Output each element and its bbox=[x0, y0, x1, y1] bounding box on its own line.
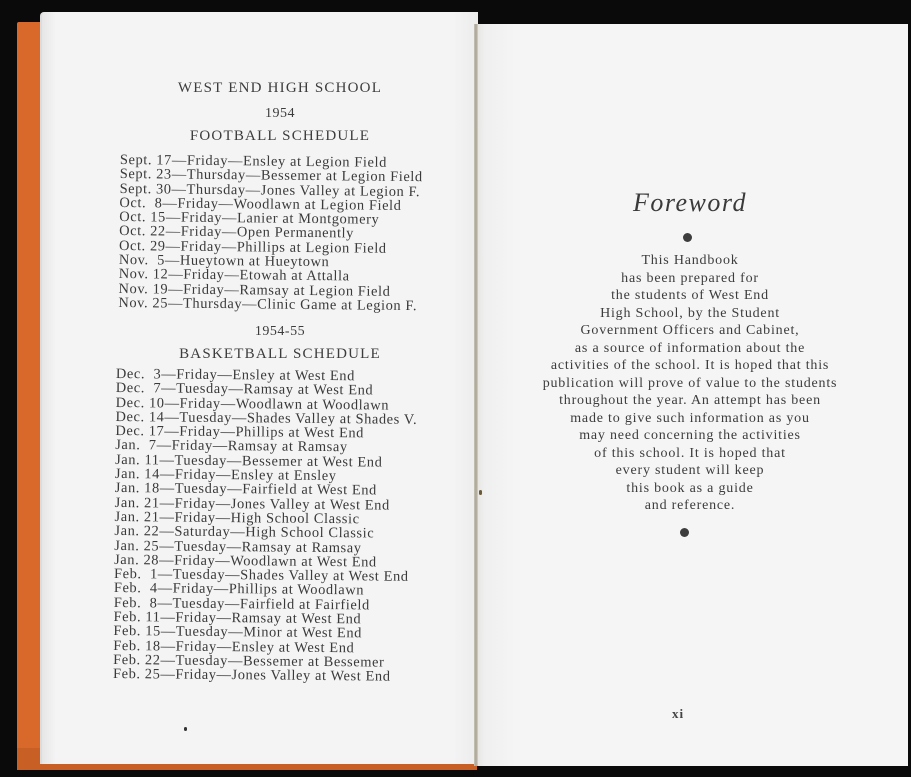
book-gutter bbox=[474, 24, 478, 766]
foreword-line: publication will prove of value to the s… bbox=[520, 375, 860, 393]
football-year: 1954 bbox=[110, 106, 450, 122]
football-game: Nov. 25—Thursday—Clinic Game at Legion F… bbox=[118, 296, 421, 313]
basketball-game: Feb. 25—Friday—Jones Valley at West End bbox=[113, 667, 415, 684]
paper-speck bbox=[479, 490, 482, 495]
foreword-line: High School, by the Student bbox=[520, 305, 860, 323]
foreword-line: and reference. bbox=[520, 497, 860, 515]
bullet-ornament-icon bbox=[680, 528, 689, 537]
foreword-line: throughout the year. An attempt has been bbox=[520, 392, 860, 410]
foreword-line: made to give such information as you bbox=[520, 410, 860, 428]
foreword-line: this book as a guide bbox=[520, 480, 860, 498]
foreword-line: as a source of information about the bbox=[520, 340, 860, 358]
foreword-title: Foreword bbox=[520, 188, 860, 218]
basketball-year: 1954-55 bbox=[110, 324, 450, 340]
foreword-line: the students of West End bbox=[520, 287, 860, 305]
foreword-body: This Handbook has been prepared for the … bbox=[520, 252, 860, 515]
basketball-schedule-list: Dec. 3—Friday—Ensley at West End Dec. 7—… bbox=[113, 367, 418, 684]
foreword-line: This Handbook bbox=[520, 252, 860, 270]
foreword-line: every student will keep bbox=[520, 462, 860, 480]
ink-speck bbox=[184, 727, 187, 731]
foreword-line: activities of the school. It is hoped th… bbox=[520, 357, 860, 375]
foreword-line: may need concerning the activities bbox=[520, 427, 860, 445]
football-schedule-list: Sept. 17—Friday—Ensley at Legion Field S… bbox=[118, 153, 423, 313]
basketball-schedule-title: BASKETBALL SCHEDULE bbox=[110, 346, 450, 363]
foreword-line: has been prepared for bbox=[520, 270, 860, 288]
foreword-line: Government Officers and Cabinet, bbox=[520, 322, 860, 340]
bullet-ornament-icon bbox=[683, 233, 692, 242]
foreword-line: of this school. It is hoped that bbox=[520, 445, 860, 463]
page-number: xi bbox=[672, 706, 684, 722]
football-schedule-title: FOOTBALL SCHEDULE bbox=[110, 128, 450, 145]
school-heading: WEST END HIGH SCHOOL bbox=[110, 80, 450, 97]
